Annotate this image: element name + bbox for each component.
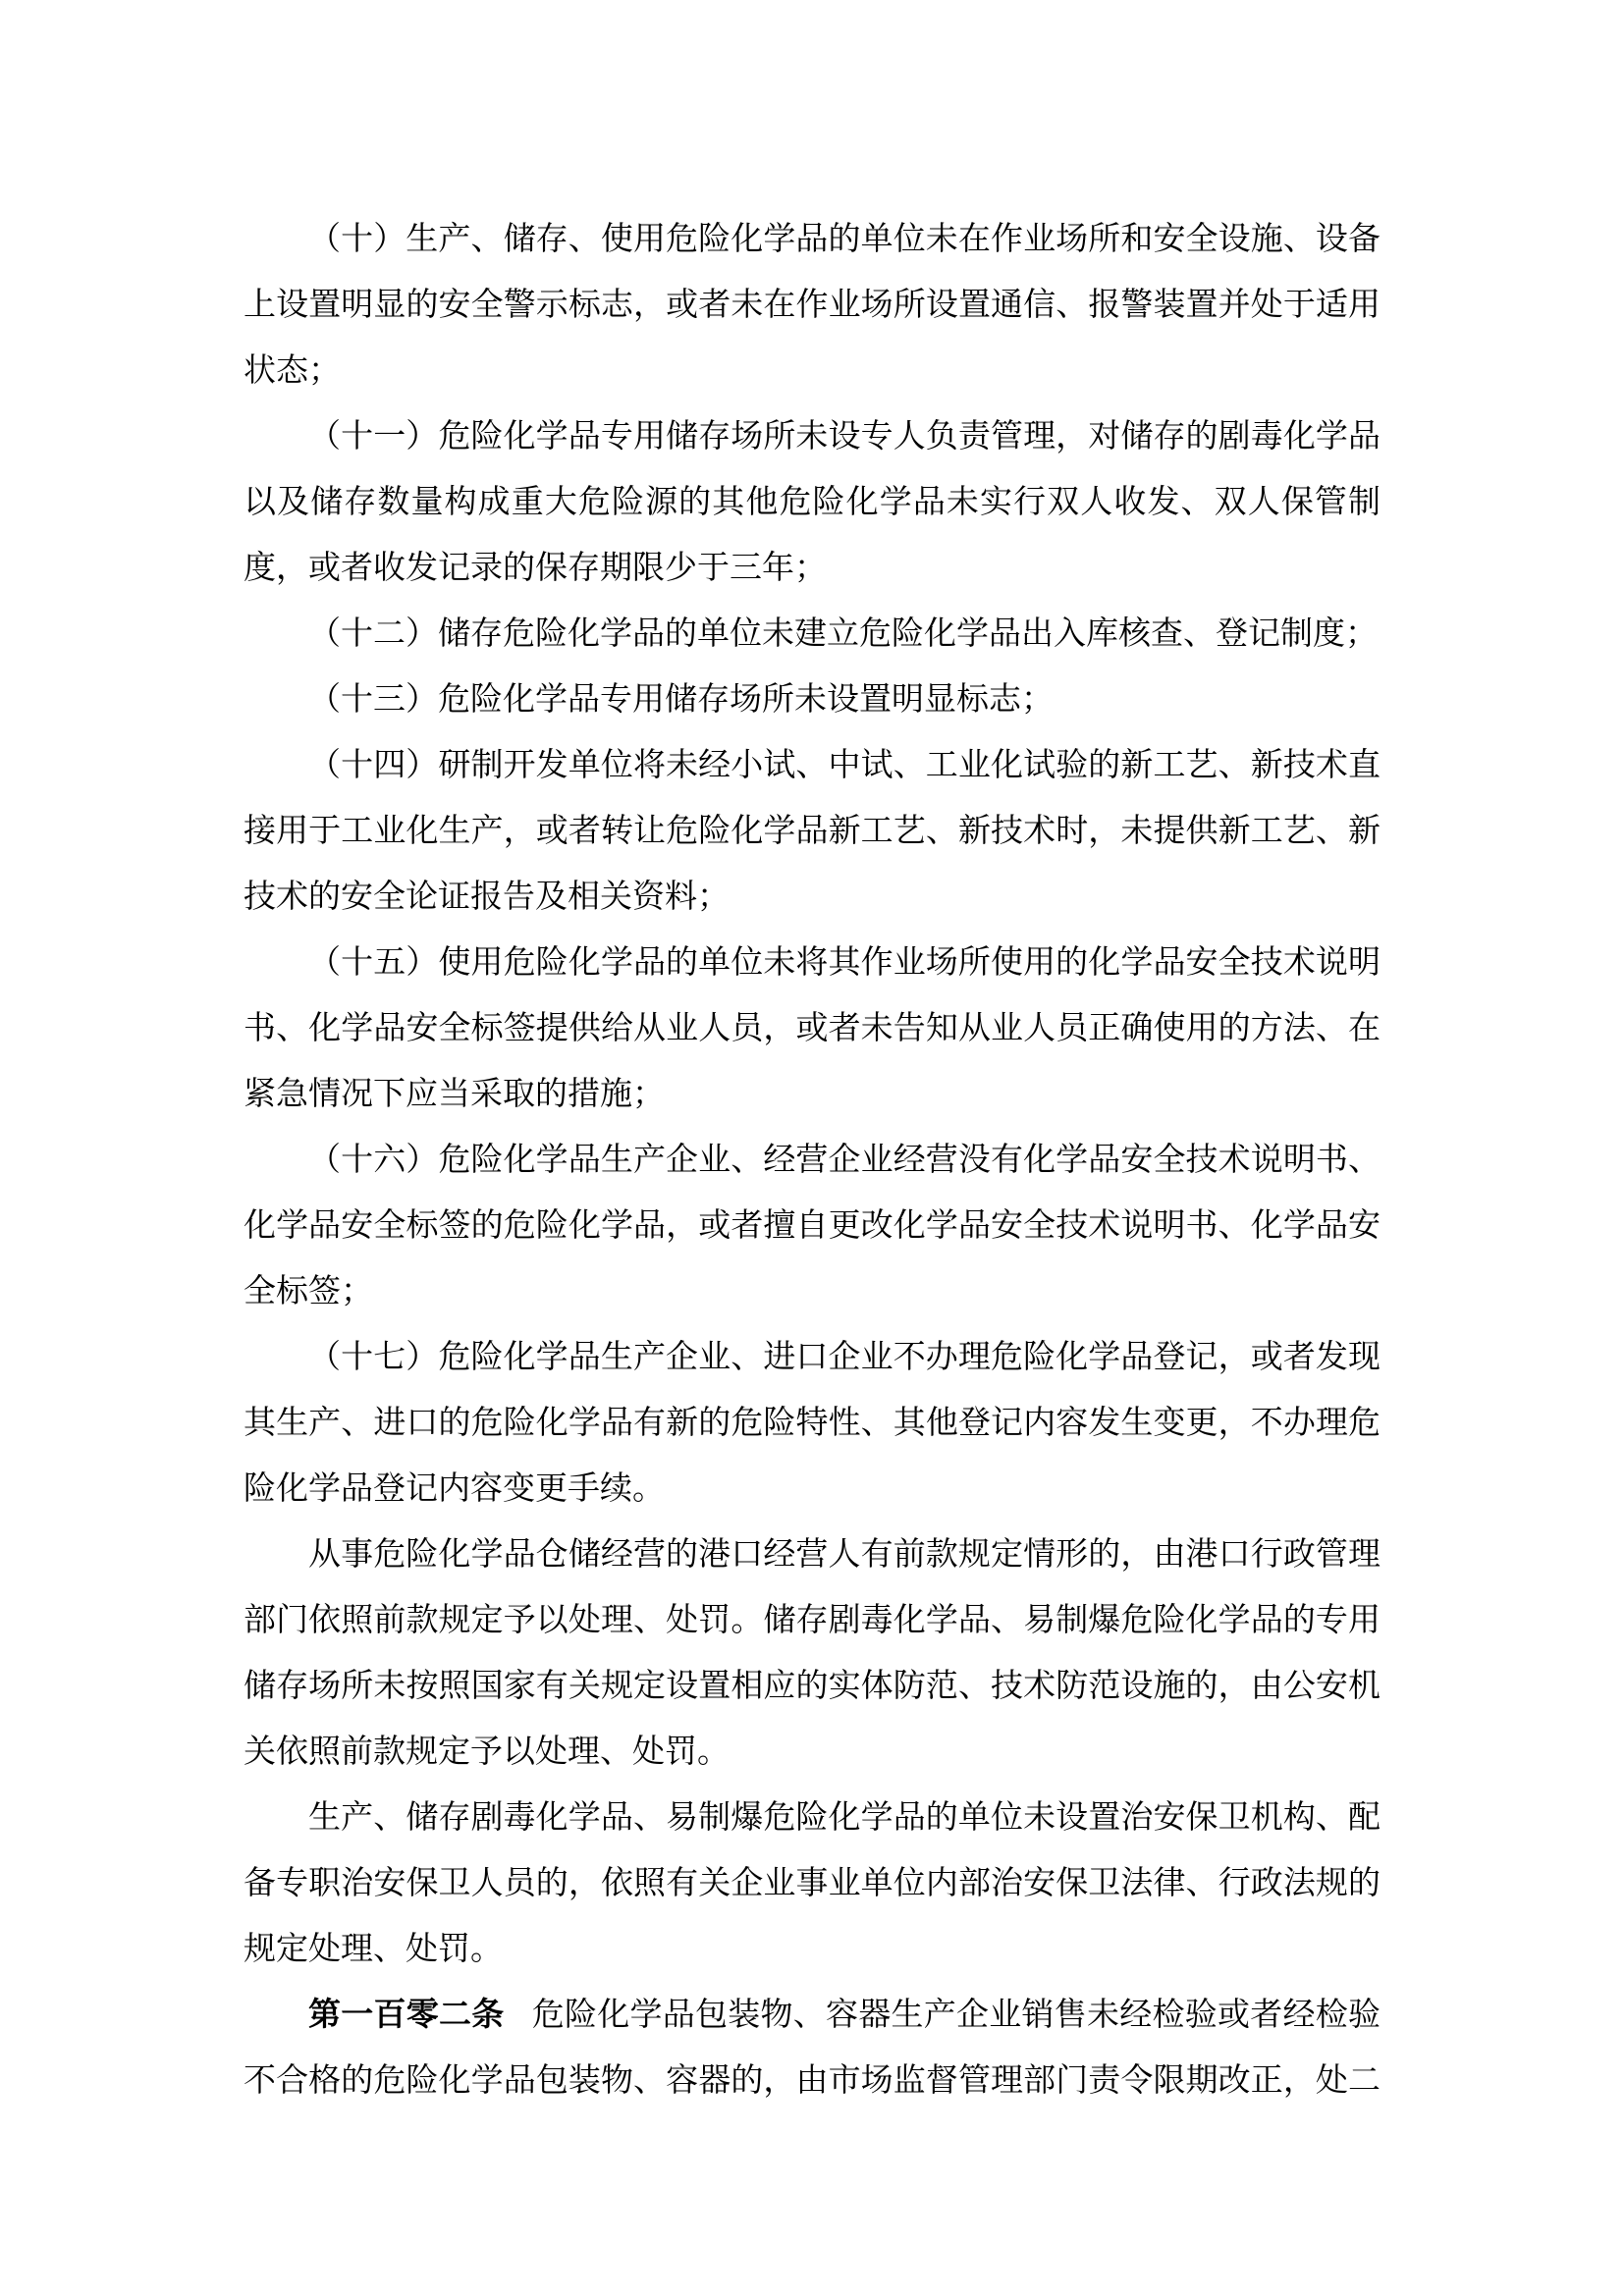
line-text: 状态； — [244, 353, 341, 389]
text-line: 关依照前款规定予以处理、处罚。 — [244, 1720, 1380, 1786]
line-text: 化学品安全标签的危险化学品，或者擅自更改化学品安全技术说明书、化学品安 — [244, 1208, 1380, 1244]
text-line: 度，或者收发记录的保存期限少于三年； — [244, 536, 1380, 602]
line-text: 紧急情况下应当采取的措施； — [244, 1077, 665, 1112]
item-15: （十五）使用危险化学品的单位未将其作业场所使用的化学品安全技术说明书、化学品安全… — [244, 931, 1380, 1128]
item-17: （十七）危险化学品生产企业、进口企业不办理危险化学品登记，或者发现其生产、进口的… — [244, 1325, 1380, 1522]
line-text: 全标签； — [244, 1274, 373, 1309]
text-line: 不合格的危险化学品包装物、容器的，由市场监督管理部门责令限期改正，处二 — [244, 2049, 1380, 2114]
text-line: （十四）研制开发单位将未经小试、中试、工业化试验的新工艺、新技术直 — [244, 733, 1380, 799]
article-number: 第一百零二条 — [308, 1998, 505, 2033]
text-line: 技术的安全论证报告及相关资料； — [244, 865, 1380, 931]
text-line: 部门依照前款规定予以处理、处罚。储存剧毒化学品、易制爆危险化学品的专用 — [244, 1588, 1380, 1654]
line-text: （十五）使用危险化学品的单位未将其作业场所使用的化学品安全技术说明 — [308, 945, 1380, 981]
text-line: 从事危险化学品仓储经营的港口经营人有前款规定情形的，由港口行政管理 — [244, 1522, 1380, 1588]
article-102: 第一百零二条危险化学品包装物、容器生产企业销售未经检验或者经检验不合格的危险化学… — [244, 1983, 1380, 2114]
line-text: 接用于工业化生产，或者转让危险化学品新工艺、新技术时，未提供新工艺、新 — [244, 814, 1380, 849]
line-text: 部门依照前款规定予以处理、处罚。储存剧毒化学品、易制爆危险化学品的专用 — [244, 1603, 1380, 1638]
port-operator-clause: 从事危险化学品仓储经营的港口经营人有前款规定情形的，由港口行政管理部门依照前款规… — [244, 1522, 1380, 1786]
text-line: 紧急情况下应当采取的措施； — [244, 1062, 1380, 1128]
item-10: （十）生产、储存、使用危险化学品的单位未在作业场所和安全设施、设备上设置明显的安… — [244, 207, 1380, 404]
text-line: （十七）危险化学品生产企业、进口企业不办理危险化学品登记，或者发现 — [244, 1325, 1380, 1391]
text-line: 状态； — [244, 339, 1380, 404]
line-text: （十）生产、储存、使用危险化学品的单位未在作业场所和安全设施、设备 — [308, 222, 1380, 257]
text-line: （十三）危险化学品专用储存场所未设置明显标志； — [244, 667, 1380, 733]
text-line: 第一百零二条危险化学品包装物、容器生产企业销售未经检验或者经检验 — [244, 1983, 1380, 2049]
item-12: （十二）储存危险化学品的单位未建立危险化学品出入库核查、登记制度； — [244, 602, 1380, 667]
line-text: 度，或者收发记录的保存期限少于三年； — [244, 551, 827, 586]
line-text: （十三）危险化学品专用储存场所未设置明显标志； — [308, 682, 1054, 718]
text-block: （十）生产、储存、使用危险化学品的单位未在作业场所和安全设施、设备上设置明显的安… — [244, 207, 1380, 2114]
line-text: （十七）危险化学品生产企业、进口企业不办理危险化学品登记，或者发现 — [308, 1340, 1380, 1375]
line-text: （十二）储存危险化学品的单位未建立危险化学品出入库核查、登记制度； — [308, 616, 1378, 652]
item-13: （十三）危险化学品专用储存场所未设置明显标志； — [244, 667, 1380, 733]
text-line: 全标签； — [244, 1259, 1380, 1325]
line-text: 从事危险化学品仓储经营的港口经营人有前款规定情形的，由港口行政管理 — [308, 1537, 1380, 1573]
text-line: （十一）危险化学品专用储存场所未设专人负责管理，对储存的剧毒化学品 — [244, 404, 1380, 470]
text-line: （十二）储存危险化学品的单位未建立危险化学品出入库核查、登记制度； — [244, 602, 1380, 667]
text-line: 接用于工业化生产，或者转让危险化学品新工艺、新技术时，未提供新工艺、新 — [244, 799, 1380, 865]
line-text: 技术的安全论证报告及相关资料； — [244, 880, 730, 915]
text-line: 化学品安全标签的危险化学品，或者擅自更改化学品安全技术说明书、化学品安 — [244, 1194, 1380, 1259]
line-text: 其生产、进口的危险化学品有新的危险特性、其他登记内容发生变更，不办理危 — [244, 1406, 1380, 1441]
item-11: （十一）危险化学品专用储存场所未设专人负责管理，对储存的剧毒化学品以及储存数量构… — [244, 404, 1380, 602]
text-line: 以及储存数量构成重大危险源的其他危险化学品未实行双人收发、双人保管制 — [244, 470, 1380, 536]
document-page: （十）生产、储存、使用危险化学品的单位未在作业场所和安全设施、设备上设置明显的安… — [0, 0, 1624, 2296]
text-line: 规定处理、处罚。 — [244, 1917, 1380, 1983]
line-text: 生产、储存剧毒化学品、易制爆危险化学品的单位未设置治安保卫机构、配 — [308, 1800, 1380, 1836]
text-line: 其生产、进口的危险化学品有新的危险特性、其他登记内容发生变更，不办理危 — [244, 1391, 1380, 1457]
line-text: 以及储存数量构成重大危险源的其他危险化学品未实行双人收发、双人保管制 — [244, 485, 1380, 520]
line-text: 储存场所未按照国家有关规定设置相应的实体防范、技术防范设施的，由公安机 — [244, 1669, 1380, 1704]
line-text: 关依照前款规定予以处理、处罚。 — [244, 1735, 730, 1770]
line-text: 上设置明显的安全警示标志，或者未在作业场所设置通信、报警装置并处于适用 — [244, 288, 1380, 323]
text-line: 上设置明显的安全警示标志，或者未在作业场所设置通信、报警装置并处于适用 — [244, 273, 1380, 339]
text-line: 书、化学品安全标签提供给从业人员，或者未告知从业人员正确使用的方法、在 — [244, 996, 1380, 1062]
line-text: （十四）研制开发单位将未经小试、中试、工业化试验的新工艺、新技术直 — [308, 748, 1380, 783]
text-line: （十）生产、储存、使用危险化学品的单位未在作业场所和安全设施、设备 — [244, 207, 1380, 273]
line-text: 危险化学品包装物、容器生产企业销售未经检验或者经检验 — [532, 1998, 1381, 2033]
line-text: 险化学品登记内容变更手续。 — [244, 1471, 665, 1507]
line-text: 书、化学品安全标签提供给从业人员，或者未告知从业人员正确使用的方法、在 — [244, 1011, 1380, 1046]
line-text: 不合格的危险化学品包装物、容器的，由市场监督管理部门责令限期改正，处二 — [244, 2063, 1380, 2099]
item-14: （十四）研制开发单位将未经小试、中试、工业化试验的新工艺、新技术直接用于工业化生… — [244, 733, 1380, 931]
text-line: （十六）危险化学品生产企业、经营企业经营没有化学品安全技术说明书、 — [244, 1128, 1380, 1194]
line-text: （十一）危险化学品专用储存场所未设专人负责管理，对储存的剧毒化学品 — [308, 419, 1380, 454]
line-text: 规定处理、处罚。 — [244, 1932, 503, 1967]
text-line: 储存场所未按照国家有关规定设置相应的实体防范、技术防范设施的，由公安机 — [244, 1654, 1380, 1720]
text-line: 备专职治安保卫人员的，依照有关企业事业单位内部治安保卫法律、行政法规的 — [244, 1851, 1380, 1917]
security-guard-clause: 生产、储存剧毒化学品、易制爆危险化学品的单位未设置治安保卫机构、配备专职治安保卫… — [244, 1786, 1380, 1983]
line-text: 备专职治安保卫人员的，依照有关企业事业单位内部治安保卫法律、行政法规的 — [244, 1866, 1380, 1901]
text-line: 险化学品登记内容变更手续。 — [244, 1457, 1380, 1522]
text-line: 生产、储存剧毒化学品、易制爆危险化学品的单位未设置治安保卫机构、配 — [244, 1786, 1380, 1851]
line-text: （十六）危险化学品生产企业、经营企业经营没有化学品安全技术说明书、 — [308, 1143, 1380, 1178]
item-16: （十六）危险化学品生产企业、经营企业经营没有化学品安全技术说明书、化学品安全标签… — [244, 1128, 1380, 1325]
text-line: （十五）使用危险化学品的单位未将其作业场所使用的化学品安全技术说明 — [244, 931, 1380, 996]
